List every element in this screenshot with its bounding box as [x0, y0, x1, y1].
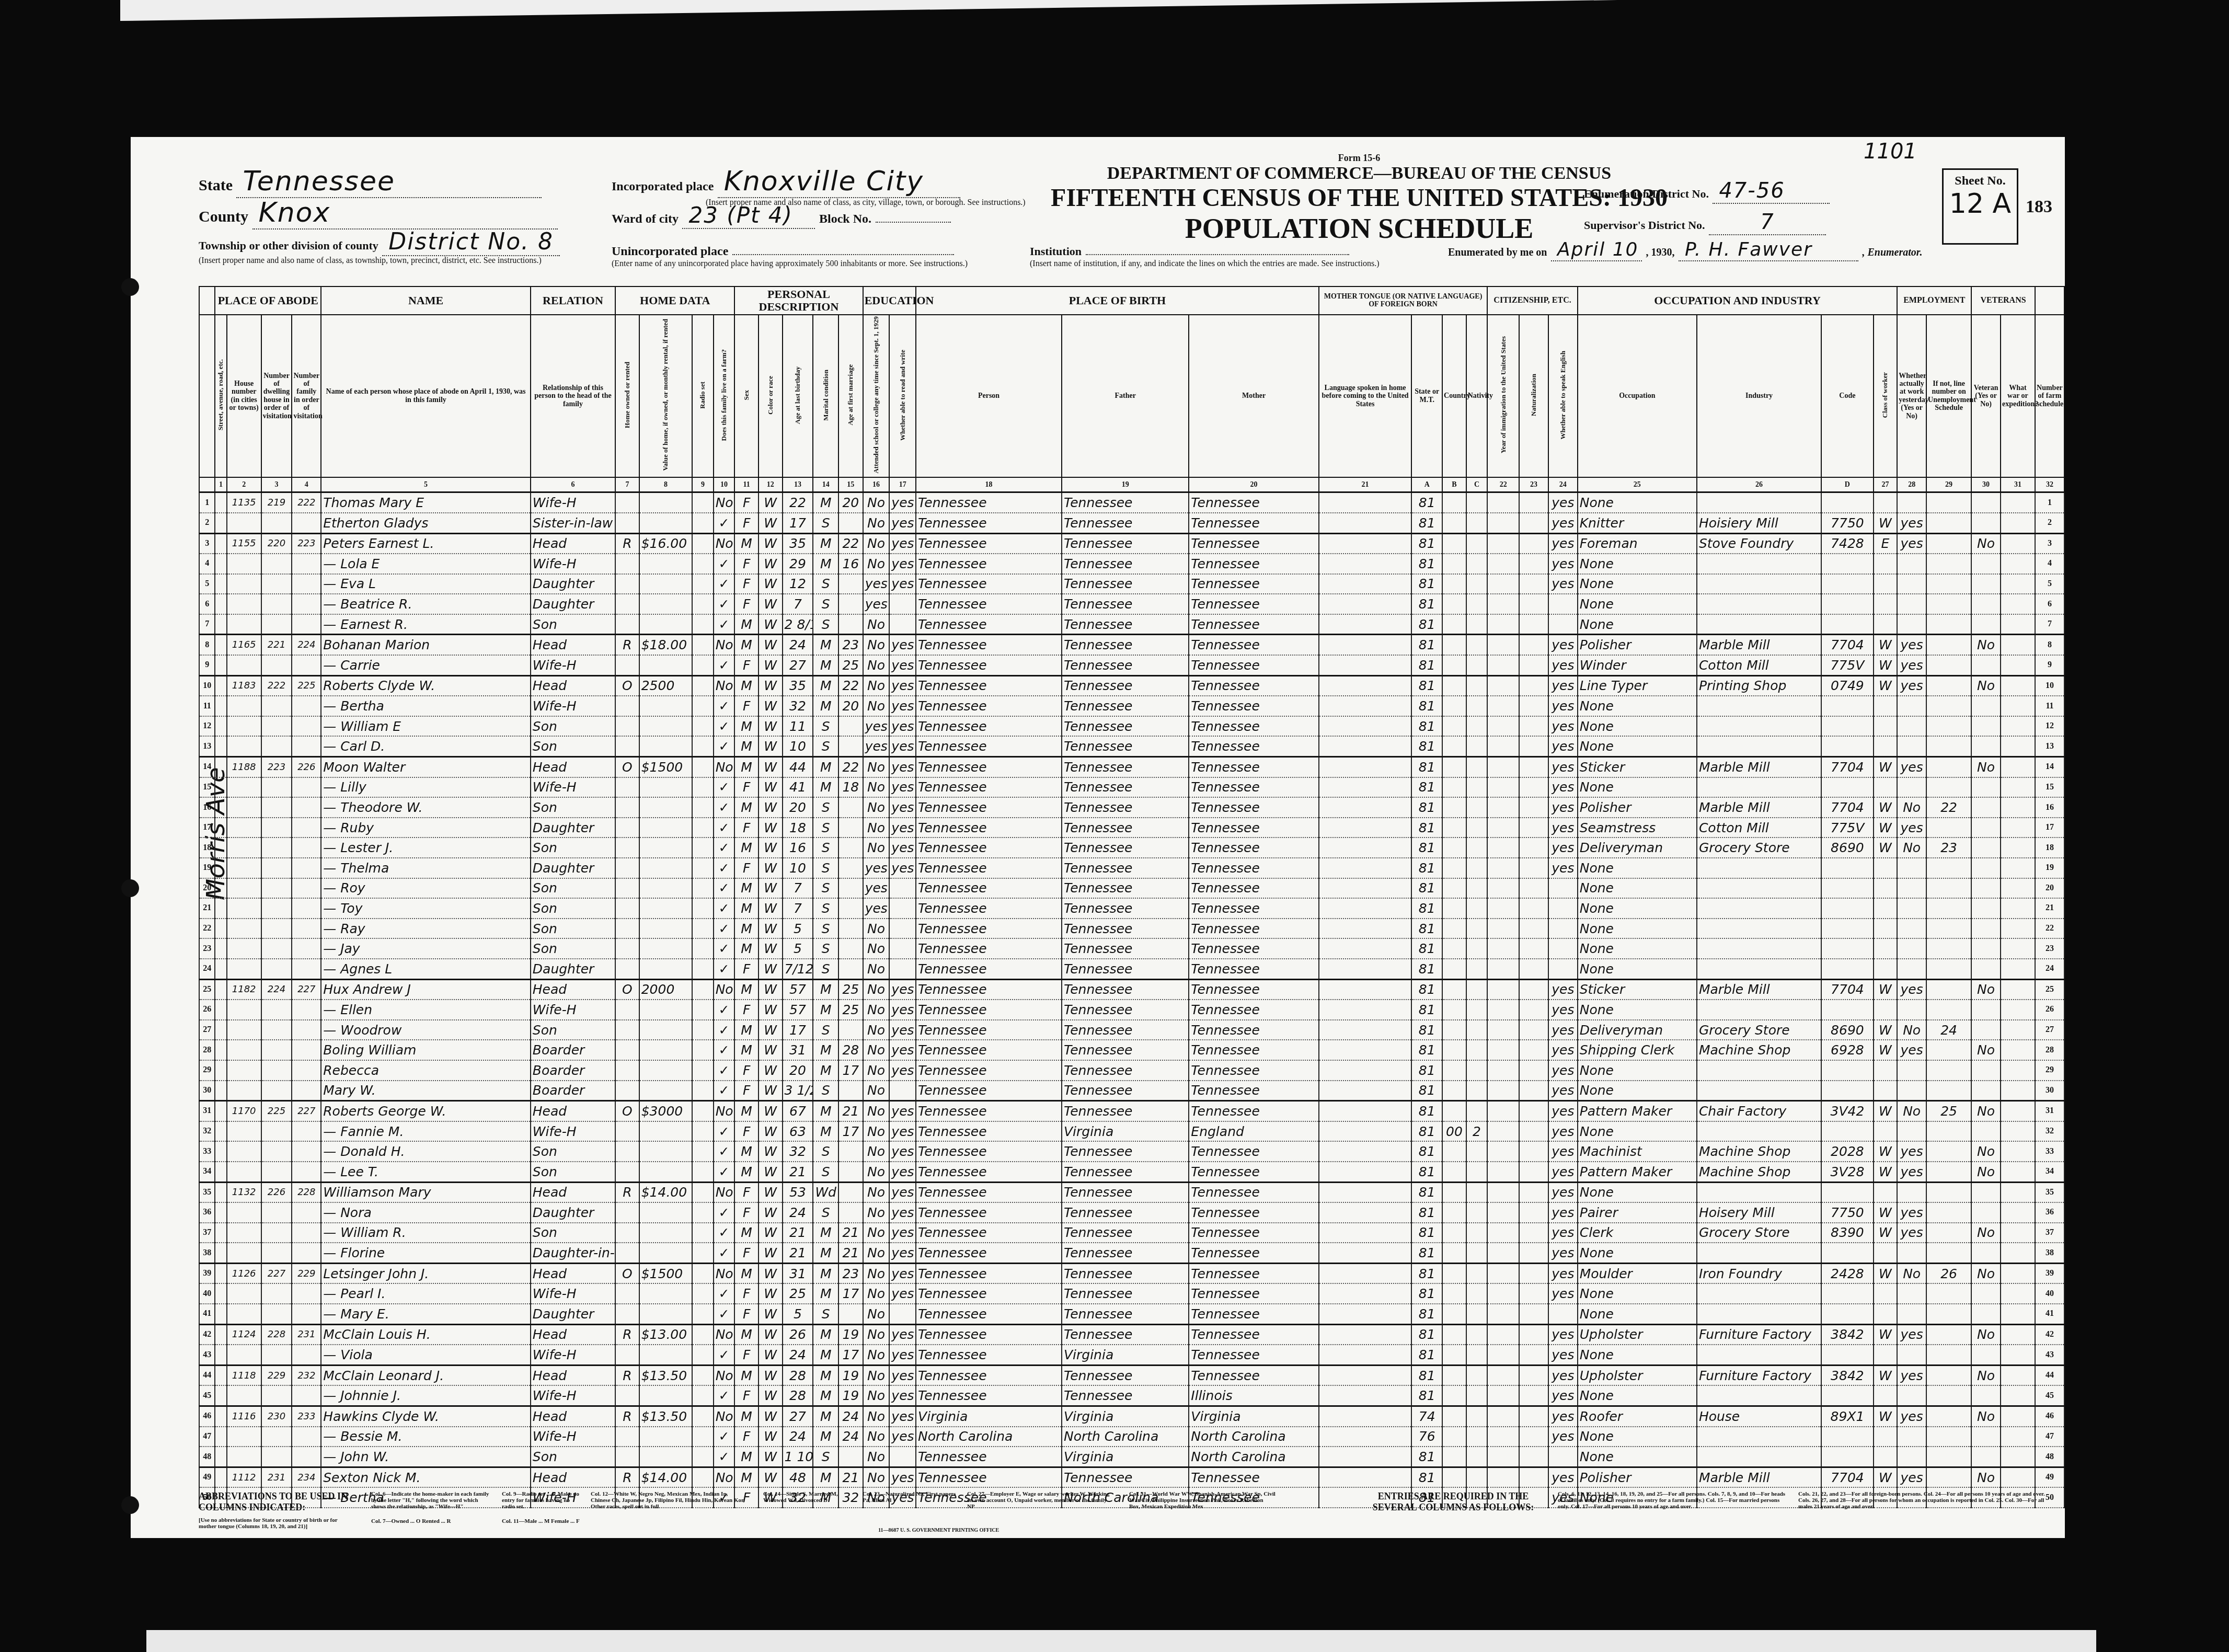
line-number: 25 [199, 979, 215, 1000]
cell-veteran [1971, 1345, 2001, 1365]
cell-veteran [1971, 574, 2001, 594]
table-row: 19— ThelmaDaughter✓FW10SyesyesTennesseeT… [199, 858, 2064, 878]
cell-marital: M [813, 777, 838, 798]
cell-age: 10 [783, 736, 813, 756]
cell-radio [692, 818, 714, 838]
footer-instructions: ABBREVIATIONS TO BE USED IN COLUMNS INDI… [199, 1486, 2065, 1533]
cell-dwelling: 231 [261, 1467, 292, 1487]
cell-at-work: No [1897, 1101, 1926, 1121]
cell-age-marr: 21 [838, 1243, 863, 1263]
cell-class [1874, 492, 1898, 513]
cell-relation: Wife-H [531, 777, 615, 798]
cell-relation: Head [531, 1263, 615, 1283]
cell-sex: M [734, 979, 759, 1000]
cell-house [227, 858, 261, 878]
cell-tenure: O [615, 1101, 639, 1121]
cell-occ-code [1821, 878, 1873, 899]
cell-code-c [1466, 1304, 1488, 1324]
line-number: 6 [199, 594, 215, 614]
cell-age: 10 [783, 858, 813, 878]
cell-at-work: yes [1897, 1365, 1926, 1385]
cell-school: No [863, 492, 890, 513]
table-row: 141188223226Moon WalterHeadO$1500NoMW44M… [199, 757, 2064, 777]
cell-street [215, 919, 226, 939]
cell-farm: ✓ [714, 574, 735, 594]
cell-sex: M [734, 736, 759, 756]
cell-age: 57 [783, 979, 813, 1000]
cell-industry: Machine Shop [1697, 1141, 1821, 1162]
cell-tenure [615, 492, 639, 513]
cell-bp-person: Tennessee [916, 1121, 1062, 1142]
cell-farm: ✓ [714, 513, 735, 533]
group-place-of-birth: PLACE OF BIRTH [916, 286, 1319, 315]
cell-sex: F [734, 858, 759, 878]
cell-street [215, 1467, 226, 1487]
cell-marital: S [813, 736, 838, 756]
cell-farm: ✓ [714, 1020, 735, 1040]
cell-occupation: Pattern Maker [1578, 1162, 1697, 1182]
cell-language [1319, 898, 1411, 919]
cell-age-marr [838, 1141, 863, 1162]
header-relation: Relationship of this person to the head … [531, 315, 615, 477]
cell-code-b [1442, 1427, 1466, 1447]
cell-sex: F [734, 1081, 759, 1101]
cell-class: W [1874, 1202, 1898, 1223]
cell-house [227, 1081, 261, 1101]
cell-age-marr [838, 818, 863, 838]
line-number: 14 [199, 757, 215, 777]
cell-veteran [1971, 1202, 2001, 1223]
cell-name: Letsinger John J. [321, 1263, 531, 1283]
cell-veteran [1971, 938, 2001, 959]
cell-unemp [1926, 898, 1971, 919]
cell-name: Hux Andrew J [321, 979, 531, 1000]
cell-immigration [1487, 1263, 1519, 1283]
cell-marital: S [813, 938, 838, 959]
cell-bp-father: Tennessee [1062, 1283, 1189, 1304]
table-row: 41— Mary E.Daughter✓FW5SNoTennesseeTenne… [199, 1304, 2064, 1324]
cell-english: yes [1548, 1243, 1578, 1263]
line-number-right: 25 [2035, 979, 2064, 1000]
cell-family [292, 513, 321, 533]
table-row: 43— ViolaWife-H✓FW24M17NoyesTennesseeVir… [199, 1345, 2064, 1365]
cell-radio [692, 838, 714, 858]
header-race: Color or race [767, 376, 774, 415]
cell-family [292, 655, 321, 675]
cell-veteran [1971, 1121, 2001, 1142]
state-field: State Tennessee [199, 166, 542, 198]
cell-occ-code [1821, 1182, 1873, 1202]
cell-occupation: None [1578, 898, 1697, 919]
cell-bp-mother: Tennessee [1189, 919, 1318, 939]
cell-bp-mother: Tennessee [1189, 716, 1318, 737]
cell-age: 17 [783, 1020, 813, 1040]
cell-bp-mother: Virginia [1189, 1406, 1318, 1427]
cell-dwelling [261, 1000, 292, 1020]
township-label: Township or other division of county [199, 239, 378, 252]
cell-code-c [1466, 838, 1488, 858]
cell-farm: ✓ [714, 858, 735, 878]
cell-sex: F [734, 1385, 759, 1406]
cell-school: No [863, 838, 890, 858]
header-code-c: Nativity [1466, 315, 1488, 477]
cell-value [639, 1283, 692, 1304]
cell-occupation: None [1578, 1081, 1697, 1101]
cell-school: No [863, 554, 890, 574]
cell-occupation: Pairer [1578, 1202, 1697, 1223]
cell-occ-code: 8390 [1821, 1223, 1873, 1243]
cell-code-b [1442, 492, 1466, 513]
cell-bp-mother: Tennessee [1189, 574, 1318, 594]
cell-radio [692, 1000, 714, 1020]
cell-at-work: yes [1897, 818, 1926, 838]
cell-age-marr: 19 [838, 1385, 863, 1406]
cell-literate: yes [889, 1427, 916, 1447]
line-number: 39 [199, 1263, 215, 1283]
cell-age: 22 [783, 492, 813, 513]
township-value: District No. 8 [382, 228, 560, 256]
cell-tenure: R [615, 533, 639, 554]
cell-house: 1165 [227, 635, 261, 655]
cell-dwelling: 229 [261, 1365, 292, 1385]
cell-bp-father: Tennessee [1062, 1385, 1189, 1406]
cell-family [292, 736, 321, 756]
cell-race: W [759, 533, 783, 554]
line-number-right: 2 [2035, 513, 2064, 533]
cell-name: — Bessie M. [321, 1427, 531, 1447]
cell-bp-father: Tennessee [1062, 574, 1189, 594]
cell-age-marr: 22 [838, 533, 863, 554]
cell-industry [1697, 898, 1821, 919]
cell-name: — Ray [321, 919, 531, 939]
cell-radio [692, 1121, 714, 1142]
cell-industry: Stove Foundry [1697, 533, 1821, 554]
cell-code-a: 81 [1411, 979, 1442, 1000]
cell-bp-person: Tennessee [916, 1040, 1062, 1060]
cell-sex: F [734, 777, 759, 798]
cell-naturalization [1519, 1202, 1548, 1223]
cell-war [2001, 858, 2035, 878]
cell-unemp [1926, 716, 1971, 737]
cell-street [215, 757, 226, 777]
cell-at-work [1897, 1081, 1926, 1101]
cell-age: 57 [783, 1000, 813, 1020]
cell-marital: Wd [813, 1182, 838, 1202]
cell-school: No [863, 797, 890, 818]
cell-bp-person: Tennessee [916, 1101, 1062, 1121]
line-number-right: 19 [2035, 858, 2064, 878]
cell-code-b [1442, 1182, 1466, 1202]
cell-street [215, 513, 226, 533]
cell-veteran [1971, 797, 2001, 818]
cell-occ-code [1821, 1447, 1873, 1467]
cell-age: 25 [783, 1283, 813, 1304]
cell-bp-person: Tennessee [916, 736, 1062, 756]
header-bp-person: Person [916, 315, 1062, 477]
cell-code-c [1466, 675, 1488, 696]
cell-race: W [759, 858, 783, 878]
cell-english: yes [1548, 635, 1578, 655]
header-veteran: Veteran (Yes or No) [1971, 315, 2001, 477]
cell-age: 7 [783, 878, 813, 899]
cell-radio [692, 1365, 714, 1385]
cell-relation: Son [531, 1141, 615, 1162]
cell-immigration [1487, 716, 1519, 737]
cell-tenure [615, 513, 639, 533]
cell-race: W [759, 1020, 783, 1040]
line-number: 37 [199, 1223, 215, 1243]
cell-sex: F [734, 1304, 759, 1324]
cell-tenure [615, 1223, 639, 1243]
enumerator-name: P. H. Fawver [1679, 239, 1858, 261]
cell-dwelling [261, 878, 292, 899]
institution-label: Institution [1030, 245, 1082, 258]
stamp-number: 1101 [1864, 140, 1917, 164]
cell-sex: F [734, 492, 759, 513]
cell-code-b [1442, 1081, 1466, 1101]
cell-code-b [1442, 878, 1466, 899]
cell-literate: yes [889, 777, 916, 798]
header-farm-schedule: Number of farm schedule [2035, 315, 2064, 477]
cell-radio [692, 614, 714, 635]
cell-family [292, 858, 321, 878]
cell-veteran [1971, 858, 2001, 878]
cell-naturalization [1519, 1101, 1548, 1121]
cell-farm: ✓ [714, 838, 735, 858]
cell-at-work [1897, 858, 1926, 878]
cell-at-work [1897, 1000, 1926, 1020]
cell-marital: S [813, 1202, 838, 1223]
cell-school: No [863, 938, 890, 959]
cell-house [227, 1162, 261, 1182]
line-number-right: 47 [2035, 1427, 2064, 1447]
cell-unemp [1926, 979, 1971, 1000]
cell-class [1874, 919, 1898, 939]
cell-veteran [1971, 878, 2001, 899]
cell-race: W [759, 675, 783, 696]
cell-war [2001, 533, 2035, 554]
cell-industry: Marble Mill [1697, 797, 1821, 818]
cell-street [215, 1385, 226, 1406]
cell-farm: ✓ [714, 777, 735, 798]
cell-age-marr: 25 [838, 655, 863, 675]
cell-code-c [1466, 716, 1488, 737]
cell-literate [889, 938, 916, 959]
cell-bp-father: Tennessee [1062, 1182, 1189, 1202]
cell-literate: yes [889, 696, 916, 716]
cell-tenure [615, 655, 639, 675]
cell-value [639, 1060, 692, 1081]
cell-age: 21 [783, 1162, 813, 1182]
cell-family [292, 1121, 321, 1142]
cell-language [1319, 1467, 1411, 1487]
cell-farm: No [714, 533, 735, 554]
cell-bp-mother: Tennessee [1189, 878, 1318, 899]
cell-bp-mother: Tennessee [1189, 938, 1318, 959]
cell-radio [692, 1324, 714, 1345]
cell-value [639, 919, 692, 939]
cell-language [1319, 919, 1411, 939]
cell-bp-mother: Tennessee [1189, 959, 1318, 979]
cell-literate [889, 898, 916, 919]
cell-street [215, 1243, 226, 1263]
cell-name: — Lee T. [321, 1162, 531, 1182]
cell-relation: Head [531, 1467, 615, 1487]
cell-radio [692, 675, 714, 696]
line-number: 7 [199, 614, 215, 635]
table-row: 28Boling WilliamBoarder✓MW31M28NoyesTenn… [199, 1040, 2064, 1060]
cell-age-marr [838, 1020, 863, 1040]
cell-veteran [1971, 1385, 2001, 1406]
cell-age-marr: 25 [838, 1000, 863, 1020]
cell-age-marr: 17 [838, 1121, 863, 1142]
header-radio: Radio set [699, 382, 706, 409]
cell-sex: M [734, 1263, 759, 1283]
cell-street [215, 675, 226, 696]
cell-occupation: None [1578, 1060, 1697, 1081]
table-row: 38— FlorineDaughter-in-law✓FW21M21NoyesT… [199, 1243, 2064, 1263]
cell-code-c [1466, 1202, 1488, 1223]
cell-age: 3 1/2 [783, 1081, 813, 1101]
cell-occupation: None [1578, 1427, 1697, 1447]
line-number-right: 13 [2035, 736, 2064, 756]
cell-bp-mother: Tennessee [1189, 858, 1318, 878]
cell-immigration [1487, 736, 1519, 756]
cell-class: W [1874, 979, 1898, 1000]
cell-age-marr: 17 [838, 1345, 863, 1365]
cell-bp-mother: Tennessee [1189, 1081, 1318, 1101]
cell-bp-person: Tennessee [916, 513, 1062, 533]
cell-immigration [1487, 959, 1519, 979]
cell-family: 226 [292, 757, 321, 777]
cell-unemp [1926, 818, 1971, 838]
cell-code-c [1466, 655, 1488, 675]
cell-street [215, 777, 226, 798]
cell-naturalization [1519, 574, 1548, 594]
cell-war [2001, 513, 2035, 533]
cell-veteran [1971, 919, 2001, 939]
cell-code-c [1466, 797, 1488, 818]
table-row: 21— ToySon✓MW7SyesTennesseeTennesseeTenn… [199, 898, 2064, 919]
cell-school: yes [863, 736, 890, 756]
cell-radio [692, 1060, 714, 1081]
cell-language [1319, 574, 1411, 594]
cell-age: 24 [783, 1202, 813, 1223]
cell-radio [692, 1243, 714, 1263]
header-family: Number of family in order of visitation [292, 315, 321, 477]
cell-code-a: 81 [1411, 818, 1442, 838]
cell-age: 12 [783, 574, 813, 594]
cell-occupation: None [1578, 959, 1697, 979]
cell-code-a: 81 [1411, 1060, 1442, 1081]
cell-immigration [1487, 898, 1519, 919]
cell-at-work [1897, 696, 1926, 716]
cell-industry: Cotton Mill [1697, 818, 1821, 838]
cell-industry: Cotton Mill [1697, 655, 1821, 675]
cell-bp-mother: Tennessee [1189, 533, 1318, 554]
cell-at-work: yes [1897, 1162, 1926, 1182]
cell-immigration [1487, 1385, 1519, 1406]
cell-house [227, 614, 261, 635]
cell-language [1319, 1345, 1411, 1365]
cell-age: 20 [783, 1060, 813, 1081]
cell-industry: Chair Factory [1697, 1101, 1821, 1121]
cell-occupation: None [1578, 878, 1697, 899]
cell-naturalization [1519, 1081, 1548, 1101]
cell-english: yes [1548, 716, 1578, 737]
township-note: (Insert proper name and also name of cla… [199, 256, 596, 266]
cell-radio [692, 898, 714, 919]
cell-bp-father: Tennessee [1062, 1020, 1189, 1040]
cell-school: yes [863, 858, 890, 878]
cell-naturalization [1519, 1060, 1548, 1081]
cell-street [215, 492, 226, 513]
cell-war [2001, 716, 2035, 737]
cell-english: yes [1548, 1020, 1578, 1040]
cell-bp-person: Tennessee [916, 777, 1062, 798]
cell-occupation: Roofer [1578, 1406, 1697, 1427]
cell-sex: F [734, 594, 759, 614]
cell-unemp [1926, 635, 1971, 655]
cell-name: McClain Louis H. [321, 1324, 531, 1345]
cell-war [2001, 1345, 2035, 1365]
cell-family [292, 1223, 321, 1243]
cell-value [639, 838, 692, 858]
cell-radio [692, 919, 714, 939]
cell-street [215, 1081, 226, 1101]
cell-code-a: 81 [1411, 1345, 1442, 1365]
line-number: 48 [199, 1447, 215, 1467]
cell-industry [1697, 1304, 1821, 1324]
cell-code-b [1442, 574, 1466, 594]
cell-veteran: No [1971, 635, 2001, 655]
line-number: 20 [199, 878, 215, 899]
cell-literate: yes [889, 1263, 916, 1283]
cell-unemp [1926, 614, 1971, 635]
cell-code-c [1466, 919, 1488, 939]
cell-industry [1697, 1121, 1821, 1142]
cell-family [292, 696, 321, 716]
cell-name: Hawkins Clyde W. [321, 1406, 531, 1427]
cell-english [1548, 959, 1578, 979]
cell-code-c [1466, 959, 1488, 979]
cell-age: 16 [783, 838, 813, 858]
cell-marital: M [813, 1324, 838, 1345]
cell-school: No [863, 1040, 890, 1060]
cell-bp-father: Tennessee [1062, 919, 1189, 939]
cell-family [292, 1040, 321, 1060]
cell-farm: ✓ [714, 1243, 735, 1263]
cell-school: No [863, 1263, 890, 1283]
column-number: 27 [1874, 477, 1898, 492]
cell-marital: M [813, 1243, 838, 1263]
cell-language [1319, 675, 1411, 696]
cell-name: Roberts Clyde W. [321, 675, 531, 696]
cell-code-c [1466, 1020, 1488, 1040]
cell-family [292, 1427, 321, 1447]
line-number: 13 [199, 736, 215, 756]
line-number-right: 41 [2035, 1304, 2064, 1324]
cell-dwelling: 219 [261, 492, 292, 513]
line-number: 47 [199, 1427, 215, 1447]
cell-unemp [1926, 533, 1971, 554]
cell-code-b [1442, 1223, 1466, 1243]
cell-occ-code [1821, 554, 1873, 574]
cell-literate: yes [889, 838, 916, 858]
line-number-right: 22 [2035, 919, 2064, 939]
cell-radio [692, 736, 714, 756]
cell-bp-father: Tennessee [1062, 938, 1189, 959]
